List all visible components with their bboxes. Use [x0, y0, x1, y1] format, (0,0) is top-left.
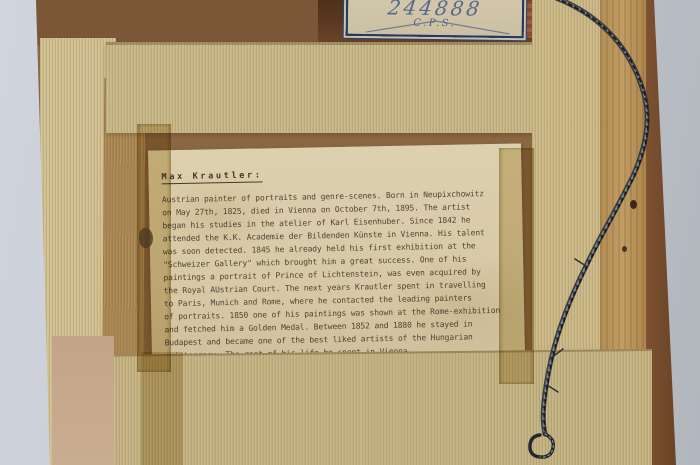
framed-picture-back-photo: Max Krautler: Austrian painter of portra…	[0, 0, 700, 465]
hanging-wire-icon	[0, 0, 700, 465]
